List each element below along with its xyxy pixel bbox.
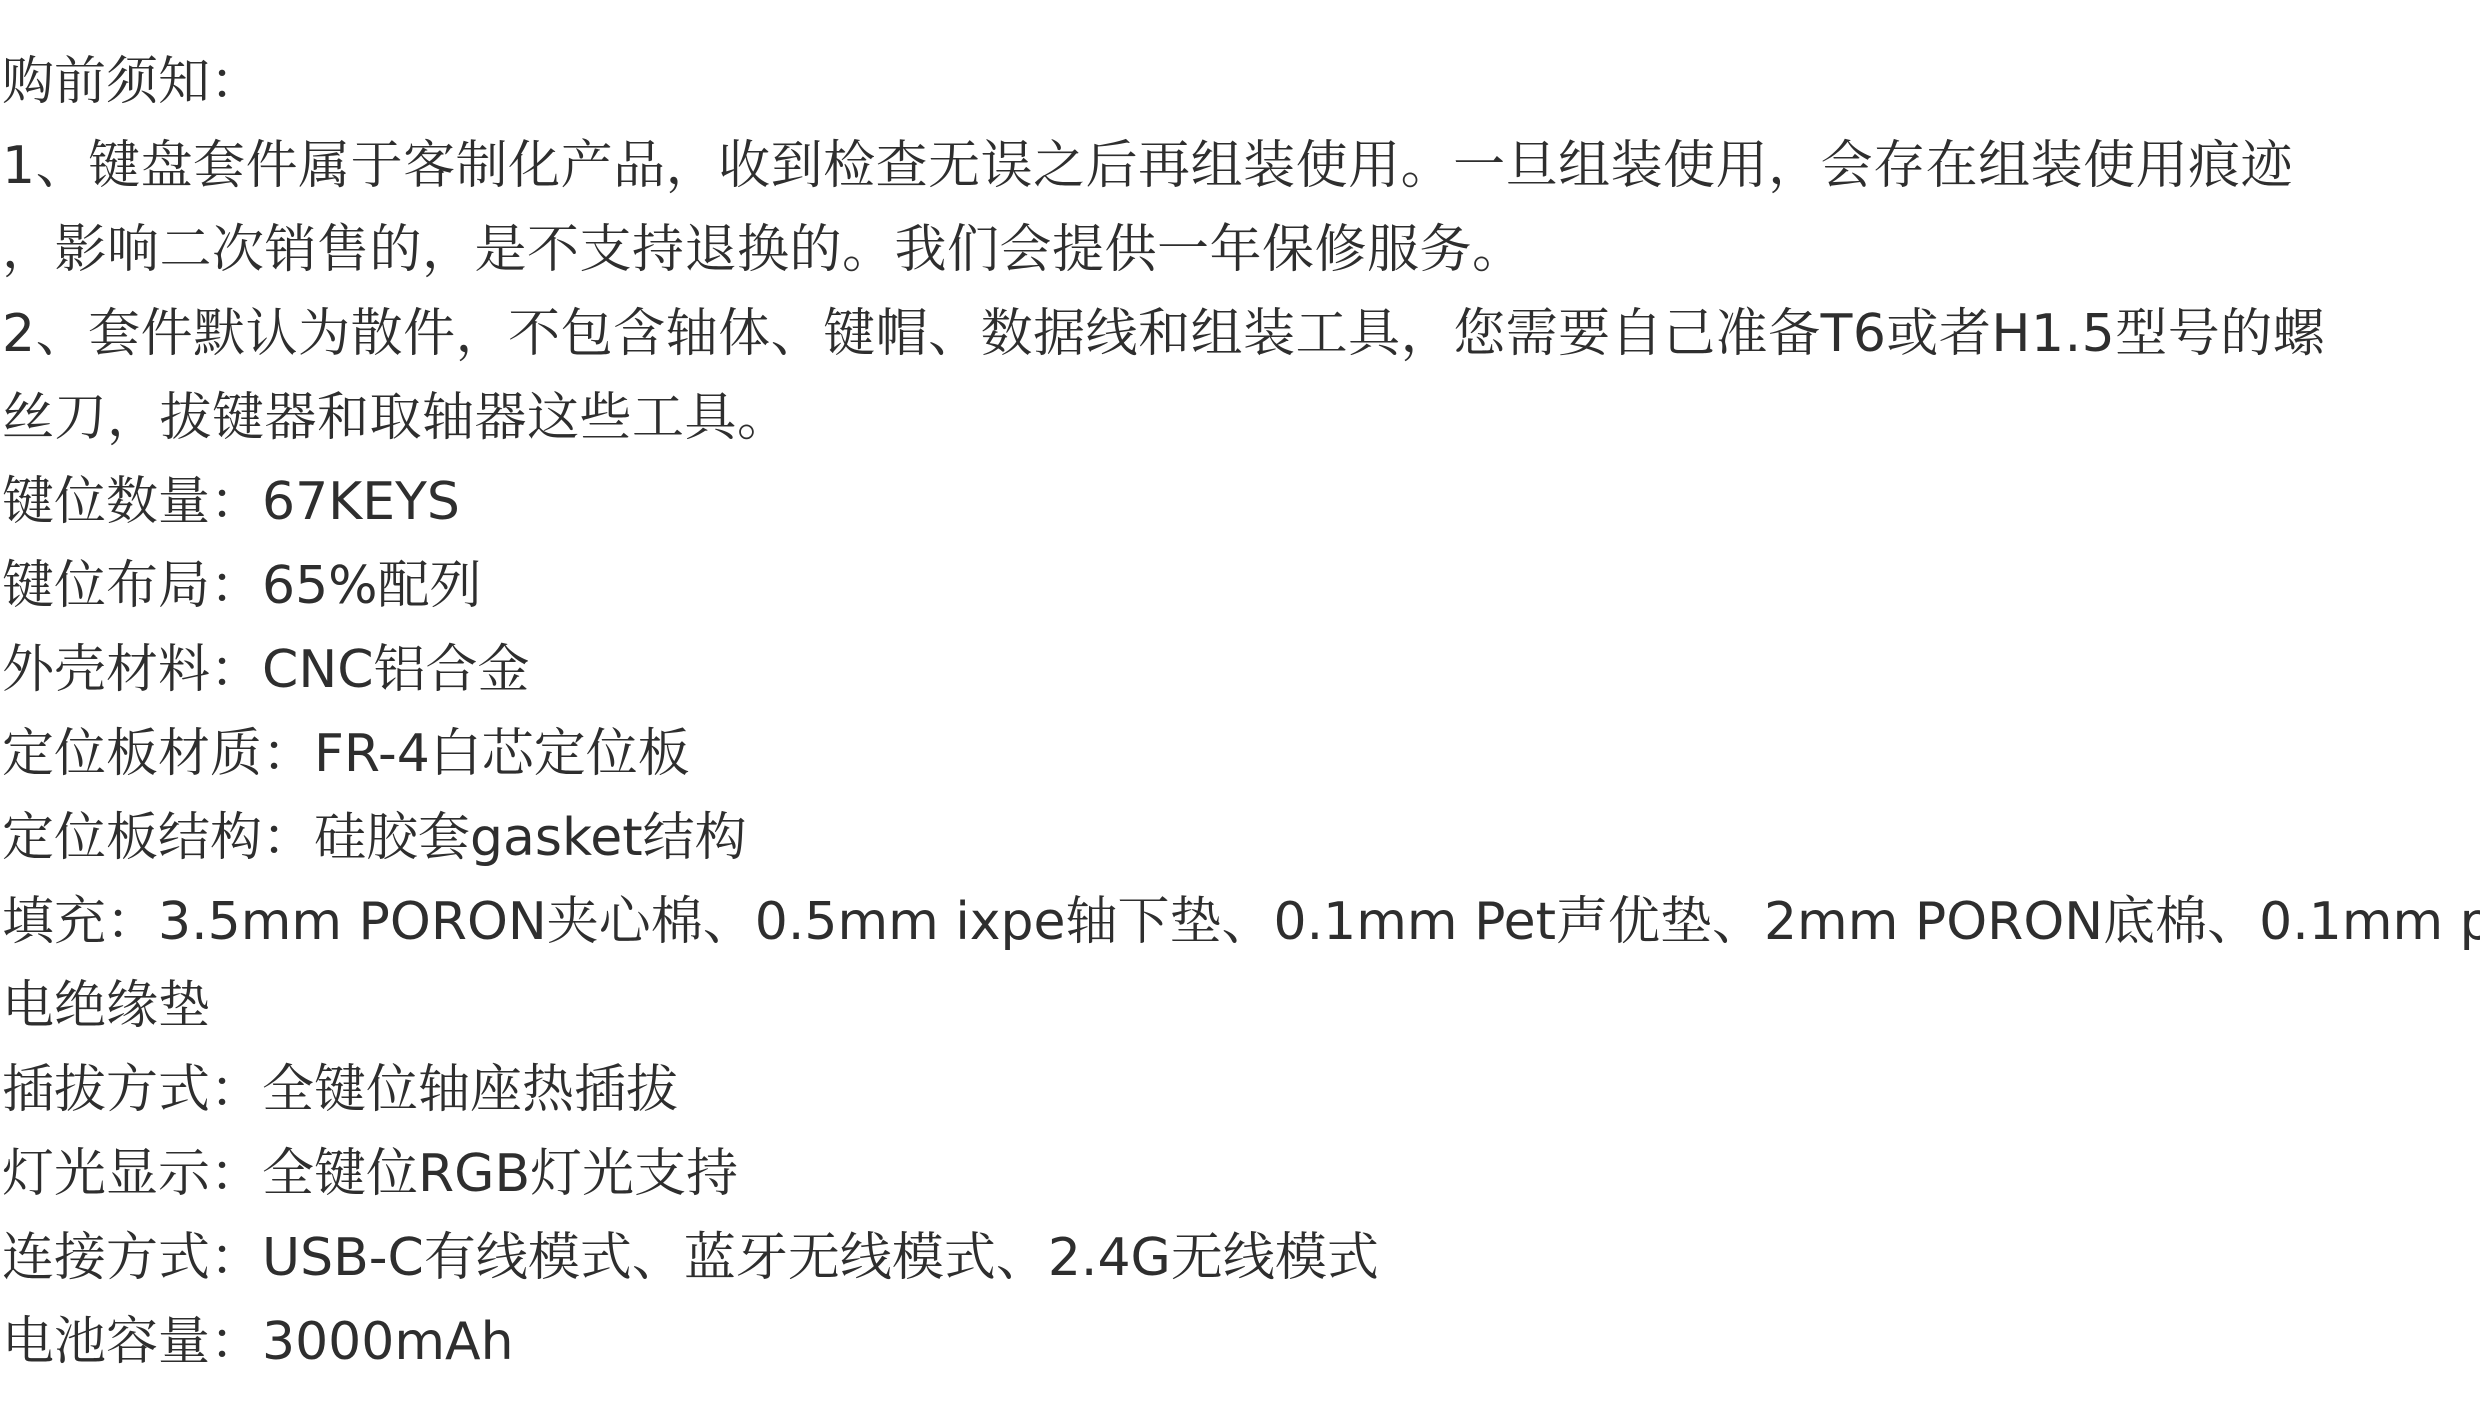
spec-value: CNC铝合金 [262,640,530,700]
spec-label: 连接方式： [2,1228,262,1288]
spec-label: 键位数量： [2,472,262,532]
spec-battery: 电池容量：3000mAh [2,1300,2480,1384]
spec-layout: 键位布局：65%配列 [2,544,2480,628]
spec-label: 灯光显示： [2,1144,262,1204]
spec-plate-material: 定位板材质：FR-4白芯定位板 [2,712,2480,796]
spec-label: 填充： [2,892,158,952]
spec-label: 外壳材料： [2,640,262,700]
spec-value: 全键位RGB灯光支持 [262,1144,738,1204]
spec-hotswap: 插拔方式：全键位轴座热插拔 [2,1048,2480,1132]
spec-value: 67KEYS [262,472,460,532]
spec-case-material: 外壳材料：CNC铝合金 [2,628,2480,712]
notice-item-1-line-2: ，影响二次销售的，是不支持退换的。我们会提供一年保修服务。 [2,208,2480,292]
spec-value: FR-4白芯定位板 [314,724,690,784]
notice-item-2-line-2: 丝刀，拔键器和取轴器这些工具。 [2,376,2480,460]
spec-filling: 填充：3.5mm PORON夹心棉、0.5mm ixpe轴下垫、0.1mm Pe… [2,880,2480,964]
spec-filling-continuation: 电绝缘垫 [2,964,2480,1048]
spec-value: 3.5mm PORON夹心棉、0.5mm ixpe轴下垫、0.1mm Pet声优… [158,892,2480,952]
notice-item-1-line-1: 1、键盘套件属于客制化产品，收到检查无误之后再组装使用。一旦组装使用，会存在组装… [2,124,2480,208]
spec-label: 电池容量： [2,1312,262,1372]
spec-value: USB-C有线模式、蓝牙无线模式、2.4G无线模式 [262,1228,1379,1288]
product-notice-document: 购前须知： 1、键盘套件属于客制化产品，收到检查无误之后再组装使用。一旦组装使用… [2,40,2480,1384]
spec-lighting: 灯光显示：全键位RGB灯光支持 [2,1132,2480,1216]
spec-connection: 连接方式：USB-C有线模式、蓝牙无线模式、2.4G无线模式 [2,1216,2480,1300]
notice-item-2-line-1: 2、套件默认为散件，不包含轴体、键帽、数据线和组装工具，您需要自己准备T6或者H… [2,292,2480,376]
spec-value: 硅胶套gasket结构 [314,808,747,868]
spec-value: 65%配列 [262,556,482,616]
spec-label: 定位板结构： [2,808,314,868]
spec-value: 3000mAh [262,1312,514,1372]
spec-key-count: 键位数量：67KEYS [2,460,2480,544]
spec-label: 键位布局： [2,556,262,616]
spec-label: 定位板材质： [2,724,314,784]
spec-label: 插拔方式： [2,1060,262,1120]
spec-plate-structure: 定位板结构：硅胶套gasket结构 [2,796,2480,880]
spec-value: 全键位轴座热插拔 [262,1060,678,1120]
notice-title: 购前须知： [2,40,2480,124]
